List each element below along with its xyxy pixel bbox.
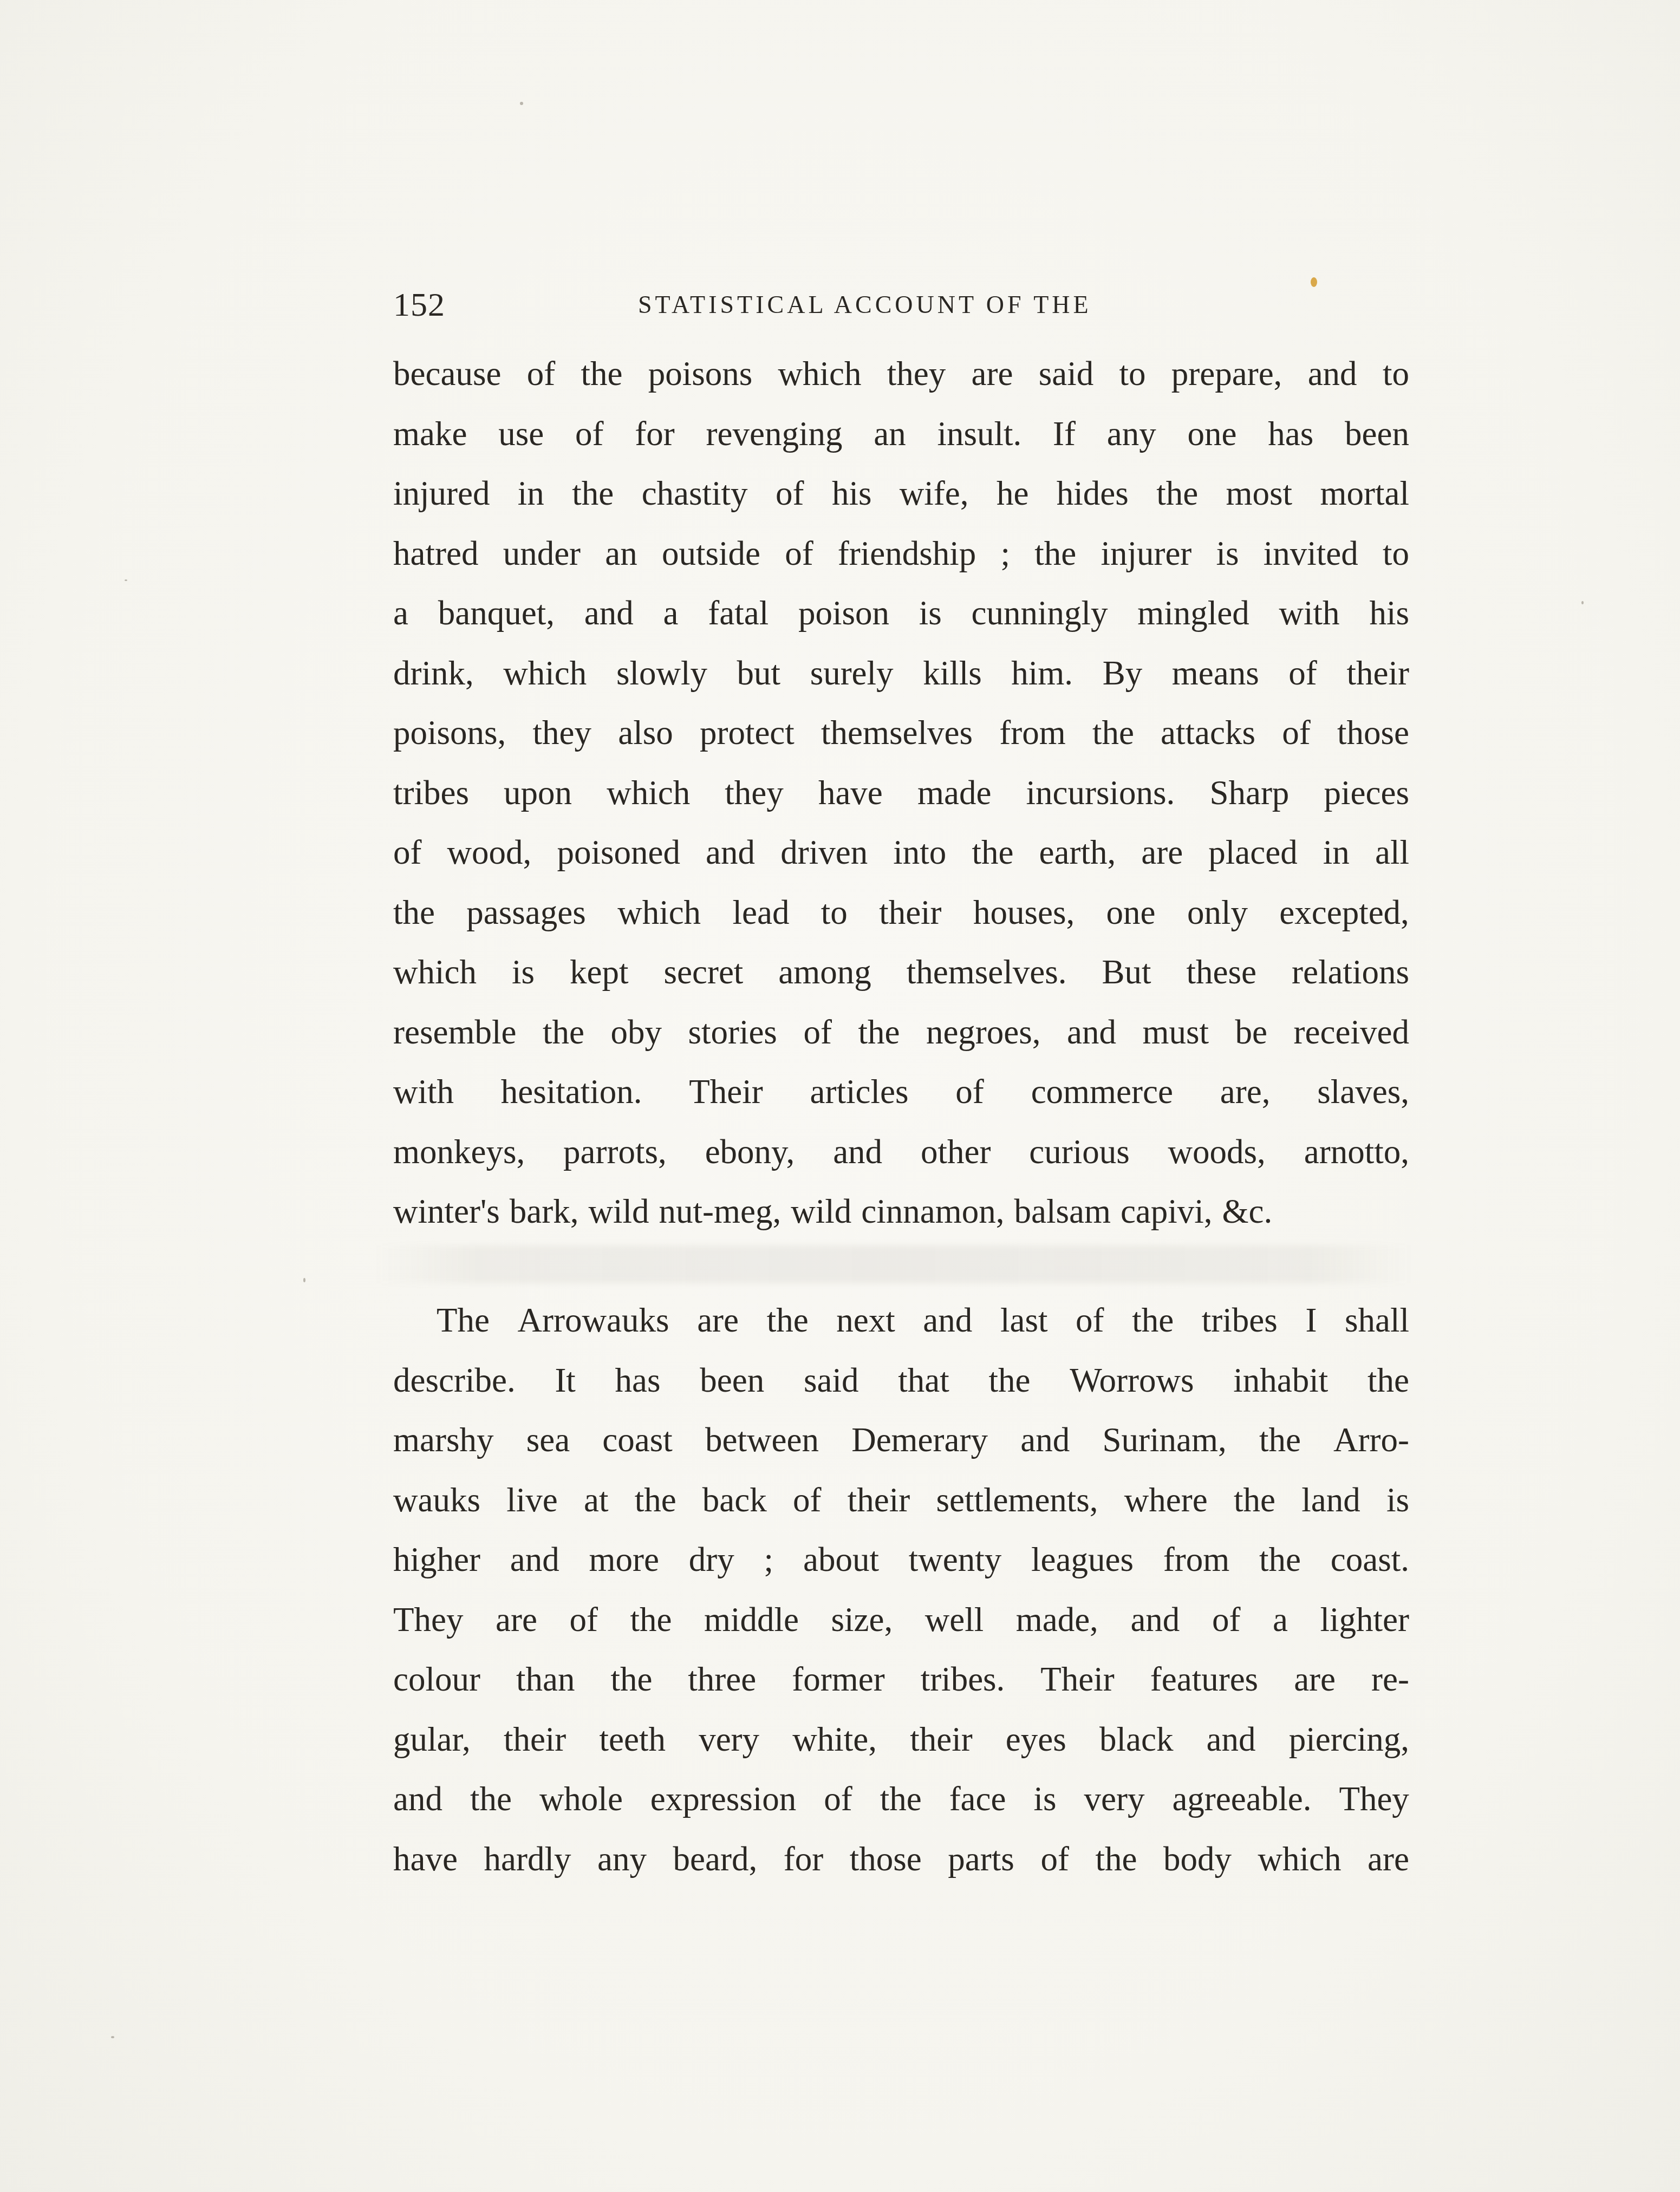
paper-speck <box>1581 601 1584 604</box>
text-line: becauseofthepoisonswhichtheyaresaidtopre… <box>393 344 1409 404</box>
text-line: whichiskeptsecretamongthemselves.Butthes… <box>393 942 1409 1002</box>
text-line: marshyseacoastbetweenDemeraryandSurinam,… <box>393 1410 1409 1470</box>
paragraph-1: becauseofthepoisonswhichtheyaresaidtopre… <box>393 344 1409 1242</box>
text-line: thepassageswhichleadtotheirhouses,oneonl… <box>393 883 1409 943</box>
paper-speck <box>520 102 523 105</box>
text-line: describe.IthasbeensaidthattheWorrowsinha… <box>393 1351 1409 1411</box>
paper-speck <box>303 1278 305 1282</box>
text-line: ofwood,poisonedanddrivenintotheearth,are… <box>393 823 1409 883</box>
text-line: injuredinthechastityofhiswife,hehidesthe… <box>393 464 1409 524</box>
text-line: higherandmoredry;abouttwentyleaguesfromt… <box>393 1530 1409 1590</box>
text-line: abanquet,andafatalpoisoniscunninglymingl… <box>393 583 1409 643</box>
text-line: Theyareofthemiddlesize,wellmade,andofali… <box>393 1590 1409 1650</box>
text-line: tribesuponwhichtheyhavemadeincursions.Sh… <box>393 763 1409 823</box>
text-line: gular,theirteethverywhite,theireyesblack… <box>393 1710 1409 1770</box>
paragraph-2: TheArrowauksarethenextandlastofthetribes… <box>393 1290 1409 1889</box>
text-line: poisons,theyalsoprotectthemselvesfromthe… <box>393 703 1409 763</box>
text-line: andthewholeexpressionofthefaceisveryagre… <box>393 1769 1409 1829</box>
text-line: hatredunderanoutsideoffriendship;theinju… <box>393 524 1409 584</box>
text-line: makeuseofforrevenginganinsult.Ifanyoneha… <box>393 404 1409 464</box>
text-line: TheArrowauksarethenextandlastofthetribes… <box>393 1290 1409 1351</box>
paper-speck <box>125 579 127 581</box>
text-line: wauksliveatthebackoftheirsettlements,whe… <box>393 1470 1409 1530</box>
running-head-title: STATISTICAL ACCOUNT OF THE <box>638 290 1092 319</box>
paper-speck <box>111 2036 114 2038</box>
text-line: colourthanthethreeformertribes.Theirfeat… <box>393 1649 1409 1710</box>
text-line: winter'sbark,wildnut-meg,wildcinnamon,ba… <box>393 1182 1409 1242</box>
text-line: withhesitation.Theirarticlesofcommercear… <box>393 1062 1409 1122</box>
page-number: 152 <box>393 286 445 324</box>
running-head: 152 STATISTICAL ACCOUNT OF THE <box>393 286 1411 324</box>
book-page: 152 STATISTICAL ACCOUNT OF THE becauseof… <box>0 0 1680 2192</box>
paper-speck <box>1311 277 1317 287</box>
text-line: resembletheobystoriesofthenegroes,andmus… <box>393 1002 1409 1062</box>
text-line: monkeys,parrots,ebony,andothercuriouswoo… <box>393 1122 1409 1182</box>
text-line: havehardlyanybeard,forthosepartsofthebod… <box>393 1829 1409 1889</box>
text-line: drink,whichslowlybutsurelykillshim.Bymea… <box>393 643 1409 703</box>
show-through-text <box>374 1245 1414 1283</box>
